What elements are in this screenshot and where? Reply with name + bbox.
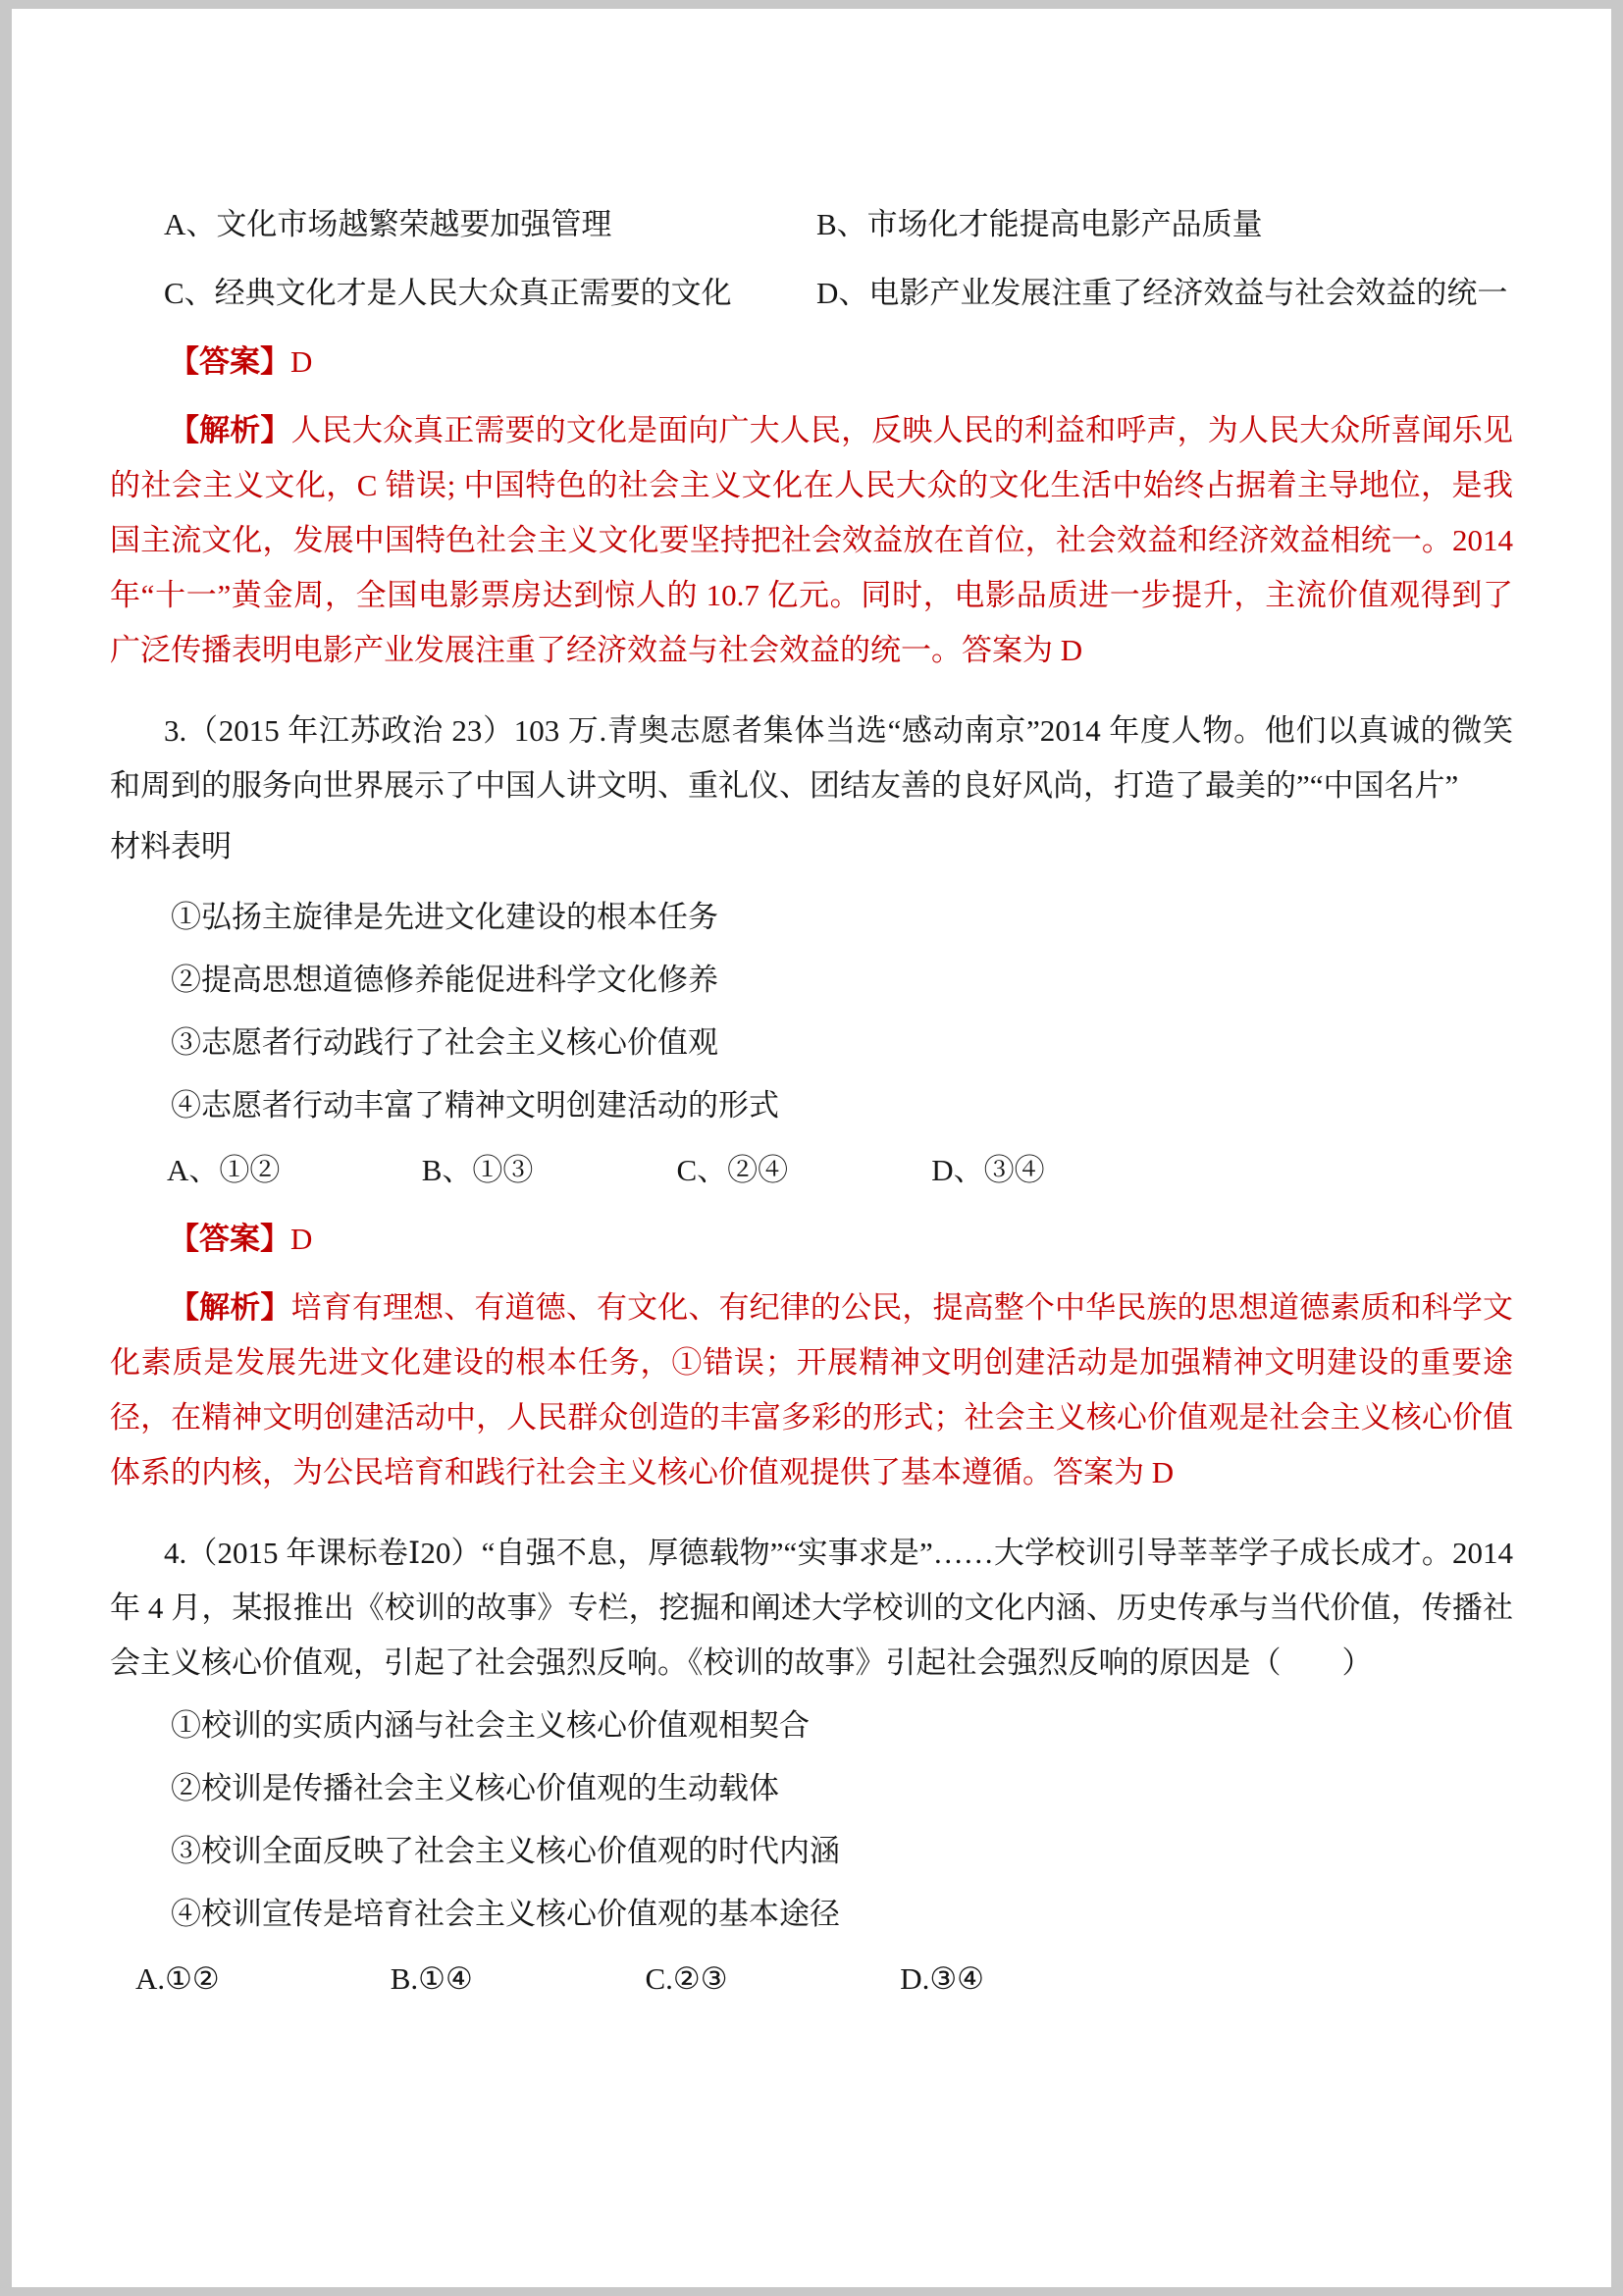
q3-sub-option-4: ④志愿者行动丰富了精神文明创建活动的形式 [110, 1078, 1513, 1133]
q3-answer-label: 【答案】 [169, 1222, 290, 1256]
q2-options-row-2: C、经典文化才是人民大众真正需要的文化 D、电影产业发展注重了经济效益与社会效益… [110, 266, 1513, 321]
document-page: A、文化市场越繁荣越要加强管理 B、市场化才能提高电影产品质量 C、经典文化才是… [12, 9, 1611, 2287]
q3-stem: 3.（2015 年江苏政治 23）103 万.青奥志愿者集体当选“感动南京”20… [110, 704, 1513, 813]
q2-option-b: B、市场化才能提高电影产品质量 [816, 197, 1513, 252]
q4-stem: 4.（2015 年课标卷Ⅰ20）“自强不息，厚德载物”“实事求是”……大学校训引… [110, 1526, 1513, 1691]
q4-sub-option-4: ④校训宣传是培育社会主义核心价值观的基本途径 [110, 1887, 1513, 1942]
q2-answer-line: 【答案】D [110, 335, 1513, 390]
q3-sub-option-2: ②提高思想道德修养能促进科学文化修养 [110, 953, 1513, 1008]
q3-choice-a: A、①② [167, 1143, 414, 1198]
q4-stem-text: 4.（2015 年课标卷Ⅰ20）“自强不息，厚德载物”“实事求是”……大学校训引… [110, 1536, 1513, 1680]
q4-sub-option-3: ③校训全面反映了社会主义核心价值观的时代内涵 [110, 1824, 1513, 1879]
q4-choices-row: A.①② B.①④ C.②③ D.③④ [110, 1952, 1513, 2007]
q4-sub-option-1: ①校训的实质内涵与社会主义核心价值观相契合 [110, 1698, 1513, 1753]
viewer-background: A、文化市场越繁荣越要加强管理 B、市场化才能提高电影产品质量 C、经典文化才是… [0, 0, 1623, 2296]
q3-analysis: 【解析】培育有理想、有道德、有文化、有纪律的公民，提高整个中华民族的思想道德素质… [110, 1280, 1513, 1500]
q2-answer-value: D [290, 344, 312, 379]
q4-choice-b: B.①④ [391, 1952, 638, 2007]
q3-choices-row: A、①② B、①③ C、②④ D、③④ [110, 1143, 1513, 1198]
q2-option-c: C、经典文化才是人民大众真正需要的文化 [164, 266, 816, 321]
q2-analysis-body: 人民大众真正需要的文化是面向广大人民，反映人民的利益和呼声，为人民大众所喜闻乐见… [110, 413, 1513, 667]
q4-choice-a: A.①② [135, 1952, 383, 2007]
q3-answer-value: D [290, 1222, 312, 1256]
q4-choice-c: C.②③ [646, 1952, 893, 2007]
q3-choice-c: C、②④ [677, 1143, 924, 1198]
q3-analysis-body: 培育有理想、有道德、有文化、有纪律的公民，提高整个中华民族的思想道德素质和科学文… [110, 1290, 1513, 1489]
q3-choice-b: B、①③ [422, 1143, 669, 1198]
q4-sub-option-2: ②校训是传播社会主义核心价值观的生动载体 [110, 1761, 1513, 1816]
q3-stem-text: 3.（2015 年江苏政治 23）103 万.青奥志愿者集体当选“感动南京”20… [110, 713, 1513, 803]
q2-analysis-label: 【解析】 [169, 413, 291, 447]
q3-sub-option-3: ③志愿者行动践行了社会主义核心价值观 [110, 1016, 1513, 1070]
q2-answer-label: 【答案】 [169, 344, 290, 379]
q2-option-d: D、电影产业发展注重了经济效益与社会效益的统一 [816, 266, 1513, 321]
q3-choice-d: D、③④ [931, 1143, 1044, 1198]
q2-options-row-1: A、文化市场越繁荣越要加强管理 B、市场化才能提高电影产品质量 [110, 197, 1513, 252]
q3-material-label: 材料表明 [110, 819, 1513, 874]
q3-sub-option-1: ①弘扬主旋律是先进文化建设的根本任务 [110, 890, 1513, 945]
q2-analysis: 【解析】人民大众真正需要的文化是面向广大人民，反映人民的利益和呼声，为人民大众所… [110, 403, 1513, 678]
q3-analysis-label: 【解析】 [169, 1290, 291, 1325]
q4-choice-d: D.③④ [900, 1952, 984, 2007]
q3-answer-line: 【答案】D [110, 1212, 1513, 1267]
q2-option-a: A、文化市场越繁荣越要加强管理 [164, 197, 816, 252]
